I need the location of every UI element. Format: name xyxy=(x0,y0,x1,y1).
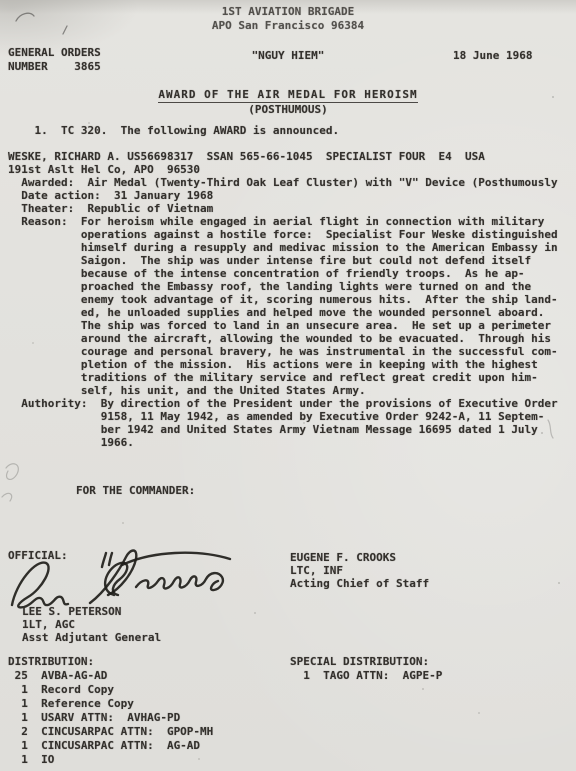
special-distribution-list: 1 TAGO ATTN: AGPE-P xyxy=(290,669,442,683)
scanned-general-orders-page: 1ST AVIATION BRIGADE APO San Francisco 9… xyxy=(0,0,576,771)
for-the-commander-line: FOR THE COMMANDER: xyxy=(76,484,195,497)
document-subtitle: (POSTHUMOUS) xyxy=(0,103,576,116)
order-date: 18 June 1968 xyxy=(453,49,532,62)
letterhead: 1ST AVIATION BRIGADE APO San Francisco 9… xyxy=(0,5,576,33)
title-block: AWARD OF THE AIR MEDAL FOR HEROISM (POST… xyxy=(0,88,576,116)
order-body-text: 1. TC 320. The following AWARD is announ… xyxy=(8,124,558,449)
distribution-label: DISTRIBUTION: xyxy=(8,655,94,668)
commander-block: EUGENE F. CROOKS LTC, INF Acting Chief o… xyxy=(290,551,429,590)
signer-block: LEE S. PETERSON 1LT, AGC Asst Adjutant G… xyxy=(22,605,161,644)
commander-title: Acting Chief of Staff xyxy=(290,577,429,590)
commander-name: EUGENE F. CROOKS xyxy=(290,551,429,564)
signer-name: LEE S. PETERSON xyxy=(22,605,161,618)
signer-rank: 1LT, AGC xyxy=(22,618,161,631)
commander-rank: LTC, INF xyxy=(290,564,429,577)
document-title: AWARD OF THE AIR MEDAL FOR HEROISM xyxy=(158,88,417,103)
signer-title: Asst Adjutant General xyxy=(22,631,161,644)
unit-name: 1ST AVIATION BRIGADE xyxy=(0,5,576,19)
unit-address: APO San Francisco 96384 xyxy=(0,19,576,33)
distribution-list: 25 AVBA-AG-AD 1 Record Copy 1 Reference … xyxy=(8,669,213,767)
special-distribution-label: SPECIAL DISTRIBUTION: xyxy=(290,655,429,668)
